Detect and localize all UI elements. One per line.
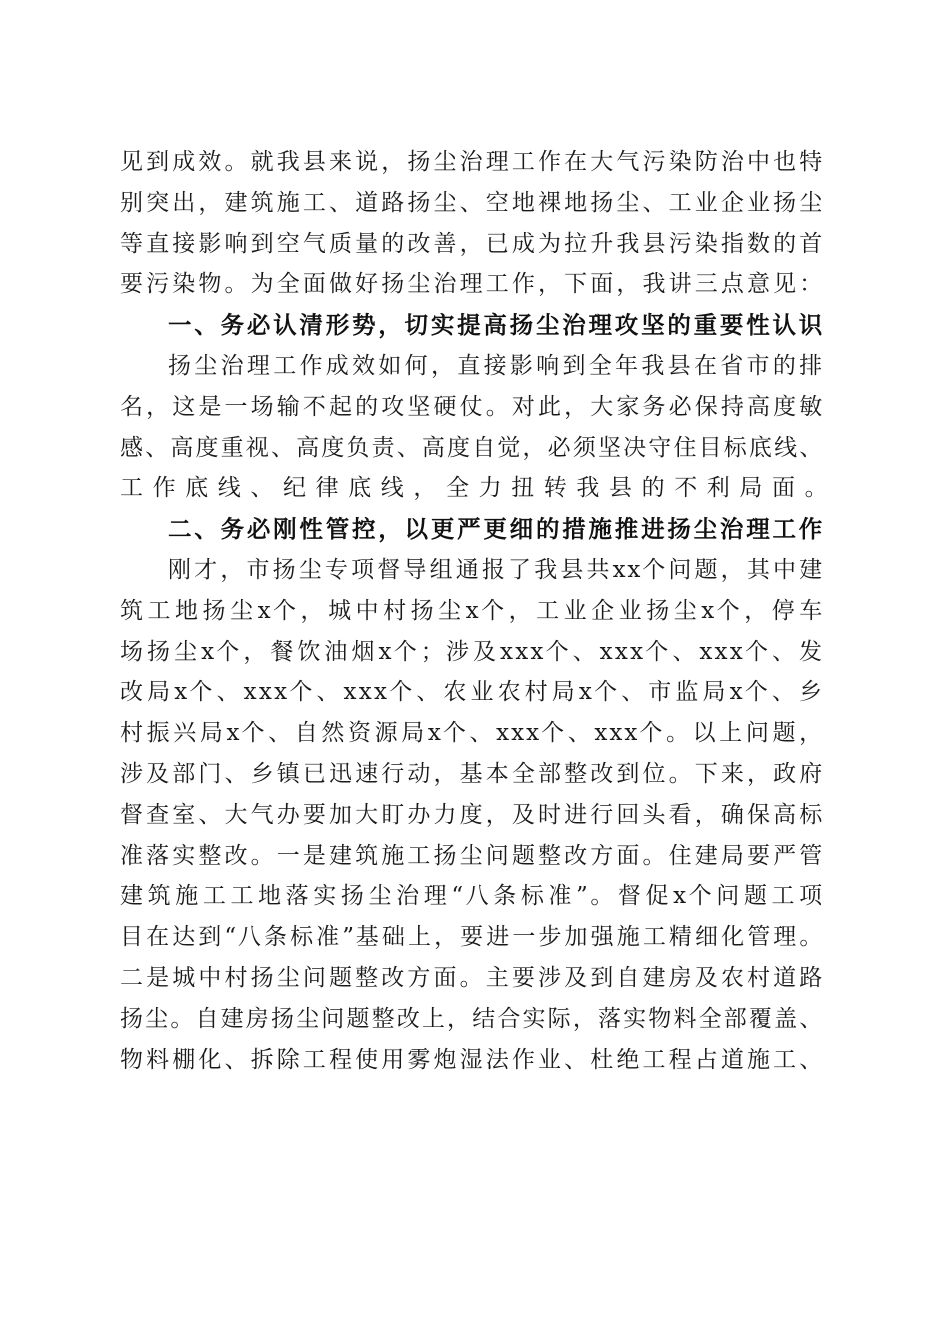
document-page: 见 到 成 效 。 就 我 县 来 说 ， 扬 尘 治 理 工 作 在 大 气 …: [0, 0, 950, 1344]
paragraph-section-1: 扬 尘 治 理 工 作 成 效 如 何 ， 直 接 影 响 到 全 年 我 县 …: [120, 346, 840, 509]
text-line: 改 局 x 个 、 x x x 个 、 x x x 个 、 农 业 农 村 局 …: [120, 672, 822, 713]
section-heading-1: 一 、 务 必 认 清 形 势 ， 切 实 提 高 扬 尘 治 理 攻 坚 的 …: [120, 305, 822, 346]
text-line: 建 筑 施 工 工 地 落 实 扬 尘 治 理 “ 八 条 标 准 ” 。 督 …: [120, 876, 822, 917]
text-line: 督 查 室 、 大 气 办 要 加 大 盯 办 力 度 ， 及 时 进 行 回 …: [120, 795, 822, 836]
text-line: 涉 及 部 门 、 乡 镇 已 迅 速 行 动 ， 基 本 全 部 整 改 到 …: [120, 754, 822, 795]
paragraph-section-2: 刚 才 ， 市 扬 尘 专 项 督 导 组 通 报 了 我 县 共 x x 个 …: [120, 550, 840, 1080]
text-line: 刚 才 ， 市 扬 尘 专 项 督 导 组 通 报 了 我 县 共 x x 个 …: [120, 550, 822, 591]
text-line: 场 扬 尘 x 个 ， 餐 饮 油 烟 x 个 ； 涉 及 x x x 个 、 …: [120, 632, 822, 673]
document-body: 见 到 成 效 。 就 我 县 来 说 ， 扬 尘 治 理 工 作 在 大 气 …: [120, 142, 840, 1080]
text-line: 工作底线、纪律底线，全力扭转我县的不利局面。: [120, 468, 822, 509]
text-line: 二 是 城 中 村 扬 尘 问 题 整 改 方 面 。 主 要 涉 及 到 自 …: [120, 958, 822, 999]
text-line: 别 突 出 ， 建 筑 施 工 、 道 路 扬 尘 、 空 地 裸 地 扬 尘 …: [120, 183, 822, 224]
text-line: 名 ， 这 是 一 场 输 不 起 的 攻 坚 硬 仗 。 对 此 ， 大 家 …: [120, 387, 822, 428]
text-line: 筑 工 地 扬 尘 x 个 ， 城 中 村 扬 尘 x 个 ， 工 业 企 业 …: [120, 591, 822, 632]
text-line: 要 污 染 物 。 为 全 面 做 好 扬 尘 治 理 工 作 ， 下 面 ， …: [120, 264, 822, 305]
paragraph-intro: 见 到 成 效 。 就 我 县 来 说 ， 扬 尘 治 理 工 作 在 大 气 …: [120, 142, 840, 305]
text-line: 准 落 实 整 改 。 一 是 建 筑 施 工 扬 尘 问 题 整 改 方 面 …: [120, 836, 822, 877]
text-line: 物 料 棚 化 、 拆 除 工 程 使 用 雾 炮 湿 法 作 业 、 杜 绝 …: [120, 1040, 822, 1081]
text-line: 扬 尘 。 自 建 房 扬 尘 问 题 整 改 上 ， 结 合 实 际 ， 落 …: [120, 999, 822, 1040]
text-line: 感 、 高 度 重 视 、 高 度 负 责 、 高 度 自 觉 ， 必 须 坚 …: [120, 428, 822, 469]
text-line: 村 振 兴 局 x 个 、 自 然 资 源 局 x 个 、 x x x 个 、 …: [120, 713, 822, 754]
text-line: 目 在 达 到 “ 八 条 标 准 ” 基 础 上 ， 要 进 一 步 加 强 …: [120, 917, 822, 958]
text-line: 扬 尘 治 理 工 作 成 效 如 何 ， 直 接 影 响 到 全 年 我 县 …: [120, 346, 822, 387]
text-line: 见 到 成 效 。 就 我 县 来 说 ， 扬 尘 治 理 工 作 在 大 气 …: [120, 142, 822, 183]
text-line: 等 直 接 影 响 到 空 气 质 量 的 改 善 ， 已 成 为 拉 升 我 …: [120, 224, 822, 265]
section-heading-2: 二 、 务 必 刚 性 管 控 ， 以 更 严 更 细 的 措 施 推 进 扬 …: [120, 509, 822, 550]
